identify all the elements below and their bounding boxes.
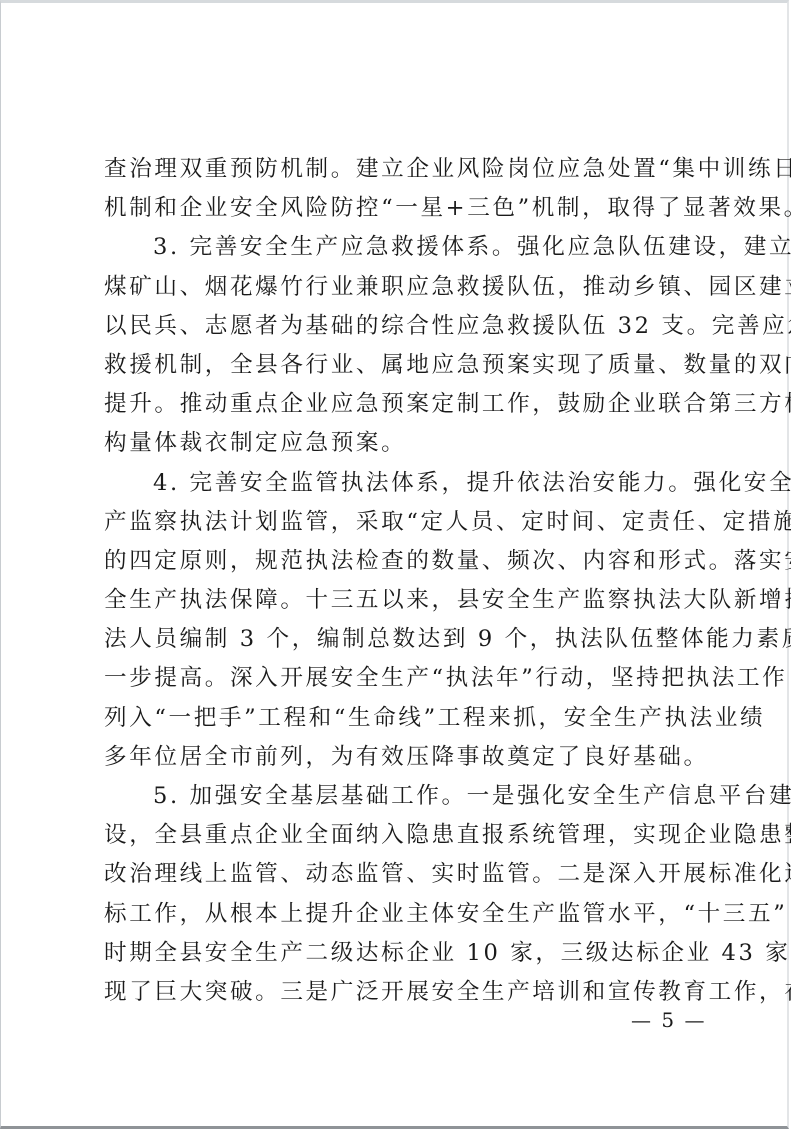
page-number: — 5 —: [631, 1008, 706, 1032]
section-heading-line: 4. 完善安全监管执法体系，提升依法治安能力。强化安全生: [104, 464, 692, 503]
text-line: 法人员编制 3 个，编制总数达到 9 个，执法队伍整体能力素质进: [104, 620, 692, 659]
text-line: 一步提高。深入开展安全生产“执法年”行动，坚持把执法工作: [104, 659, 692, 698]
text-line: 查治理双重预防机制。建立企业风险岗位应急处置“集中训练日”: [104, 150, 692, 189]
text-line: 多年位居全市前列，为有效压降事故奠定了良好基础。: [104, 738, 692, 777]
text-line: 改治理线上监管、动态监管、实时监管。二是深入开展标准化达: [104, 855, 692, 894]
text-line: 标工作，从根本上提升企业主体安全生产监管水平，“十三五”: [104, 895, 692, 934]
text-line: 时期全县安全生产二级达标企业 10 家，三级达标企业 43 家，实: [104, 934, 692, 973]
text-line: 构量体裁衣制定应急预案。: [104, 424, 692, 463]
text-line: 提升。推动重点企业应急预案定制工作，鼓励企业联合第三方机: [104, 385, 692, 424]
text-line: 设，全县重点企业全面纳入隐患直报系统管理，实现企业隐患整: [104, 816, 692, 855]
text-line: 救援机制，全县各行业、属地应急预案实现了质量、数量的双向: [104, 346, 692, 385]
text-line: 以民兵、志愿者为基础的综合性应急救援队伍 32 支。完善应急: [104, 307, 692, 346]
document-body: 查治理双重预防机制。建立企业风险岗位应急处置“集中训练日” 机制和企业安全风险防…: [104, 150, 692, 1012]
text-line: 现了巨大突破。三是广泛开展安全生产培训和宣传教育工作，在: [104, 973, 692, 1012]
text-line: 全生产执法保障。十三五以来，县安全生产监察执法大队新增执: [104, 581, 692, 620]
text-line: 的四定原则，规范执法检查的数量、频次、内容和形式。落实安: [104, 542, 692, 581]
text-line: 列入“一把手”工程和“生命线”工程来抓，安全生产执法业绩: [104, 699, 692, 738]
text-line: 产监察执法计划监管，采取“定人员、定时间、定责任、定措施”: [104, 503, 692, 542]
section-heading-line: 3. 完善安全生产应急救援体系。强化应急队伍建设，建立非: [104, 228, 692, 267]
section-heading-line: 5. 加强安全基层基础工作。一是强化安全生产信息平台建: [104, 777, 692, 816]
text-line: 机制和企业安全风险防控“一星+三色”机制，取得了显著效果。: [104, 189, 692, 228]
text-line: 煤矿山、烟花爆竹行业兼职应急救援队伍，推动乡镇、园区建立: [104, 268, 692, 307]
